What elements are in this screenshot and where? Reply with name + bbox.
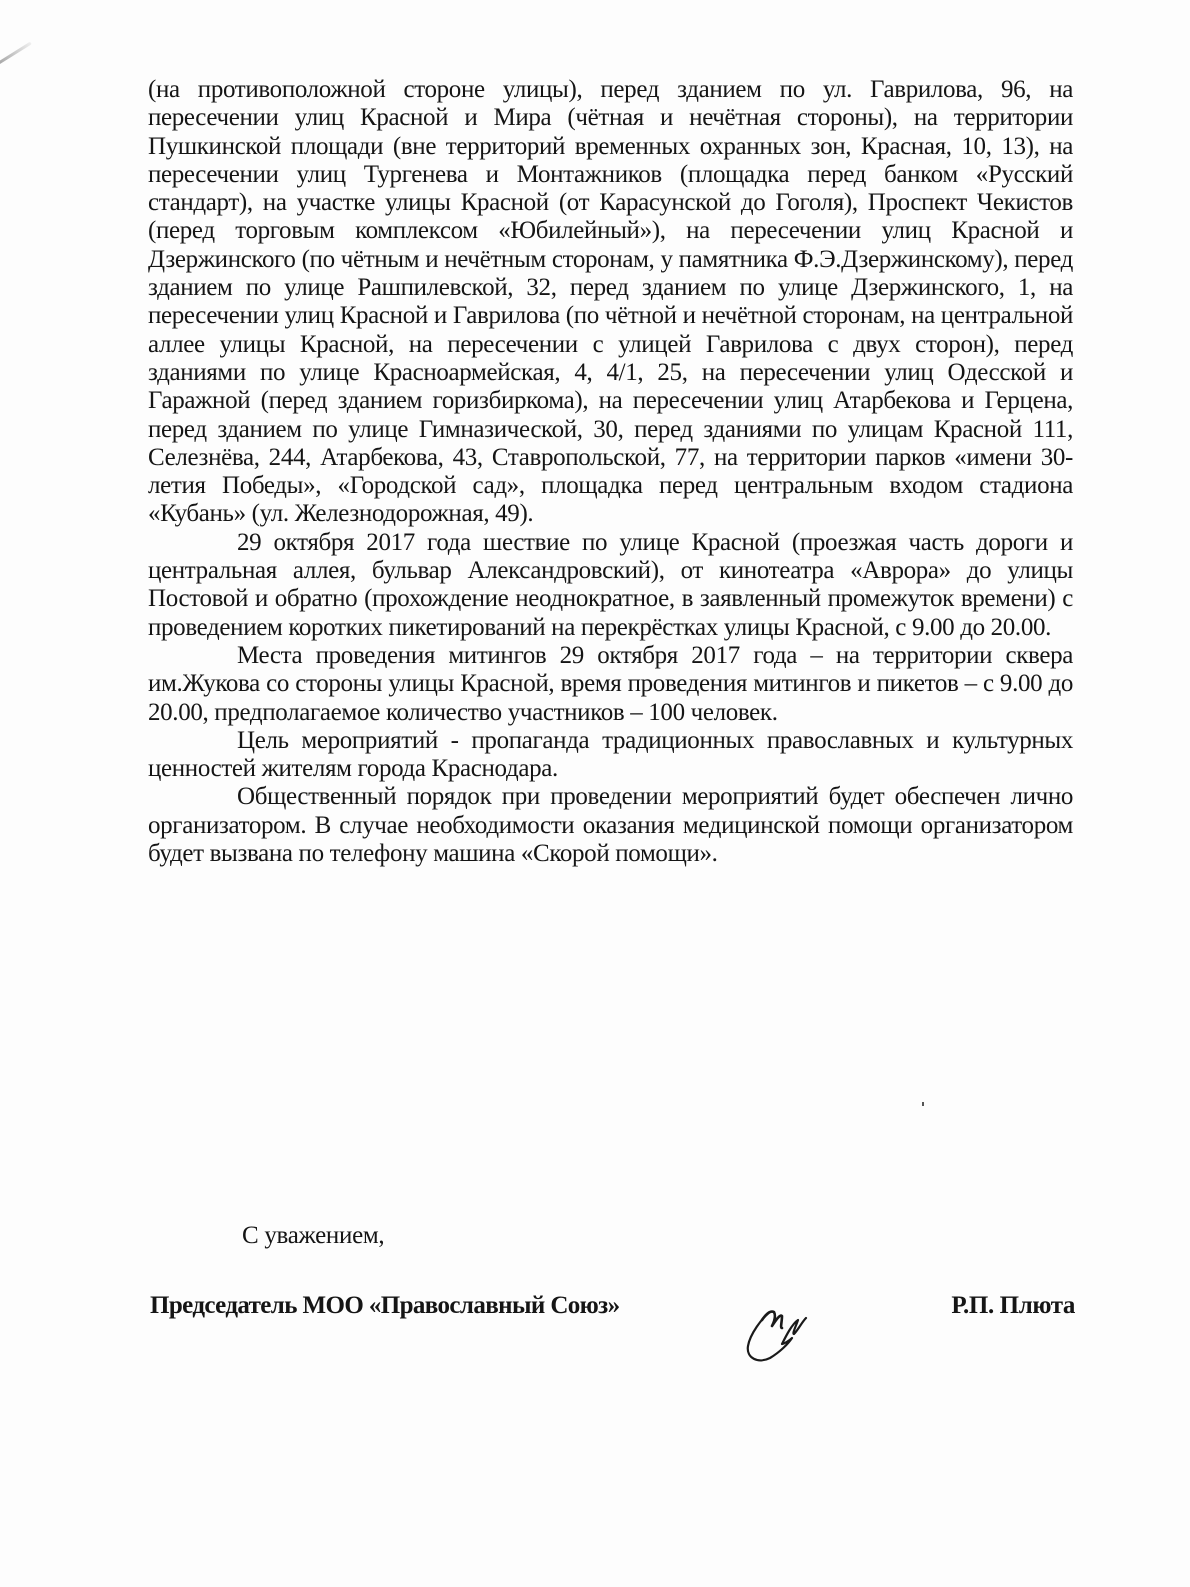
signature-block: Председатель МОО «Православный Союз» Р.П… [150, 1292, 1075, 1352]
paragraph-purpose: Цель мероприятий - пропаганда традиционн… [148, 727, 1073, 784]
scan-speck [922, 1102, 924, 1106]
closing-salutation: С уважением, [242, 1222, 384, 1250]
signatory-name: Р.П. Плюта [951, 1292, 1075, 1320]
document-body: (на противоположной стороне улицы), пере… [148, 76, 1073, 868]
document-page: (на противоположной стороне улицы), пере… [0, 0, 1190, 1587]
handwritten-signature-icon [740, 1300, 820, 1370]
paragraph-rally-places: Места проведения митингов 29 октября 201… [148, 642, 1073, 727]
scan-artifact-mark [0, 42, 32, 66]
paragraph-public-order: Общественный порядок при проведении меро… [148, 783, 1073, 868]
paragraph-locations: (на противоположной стороне улицы), пере… [148, 76, 1073, 529]
signatory-title: Председатель МОО «Православный Союз» [150, 1292, 620, 1320]
paragraph-march: 29 октября 2017 года шествие по улице Кр… [148, 529, 1073, 642]
